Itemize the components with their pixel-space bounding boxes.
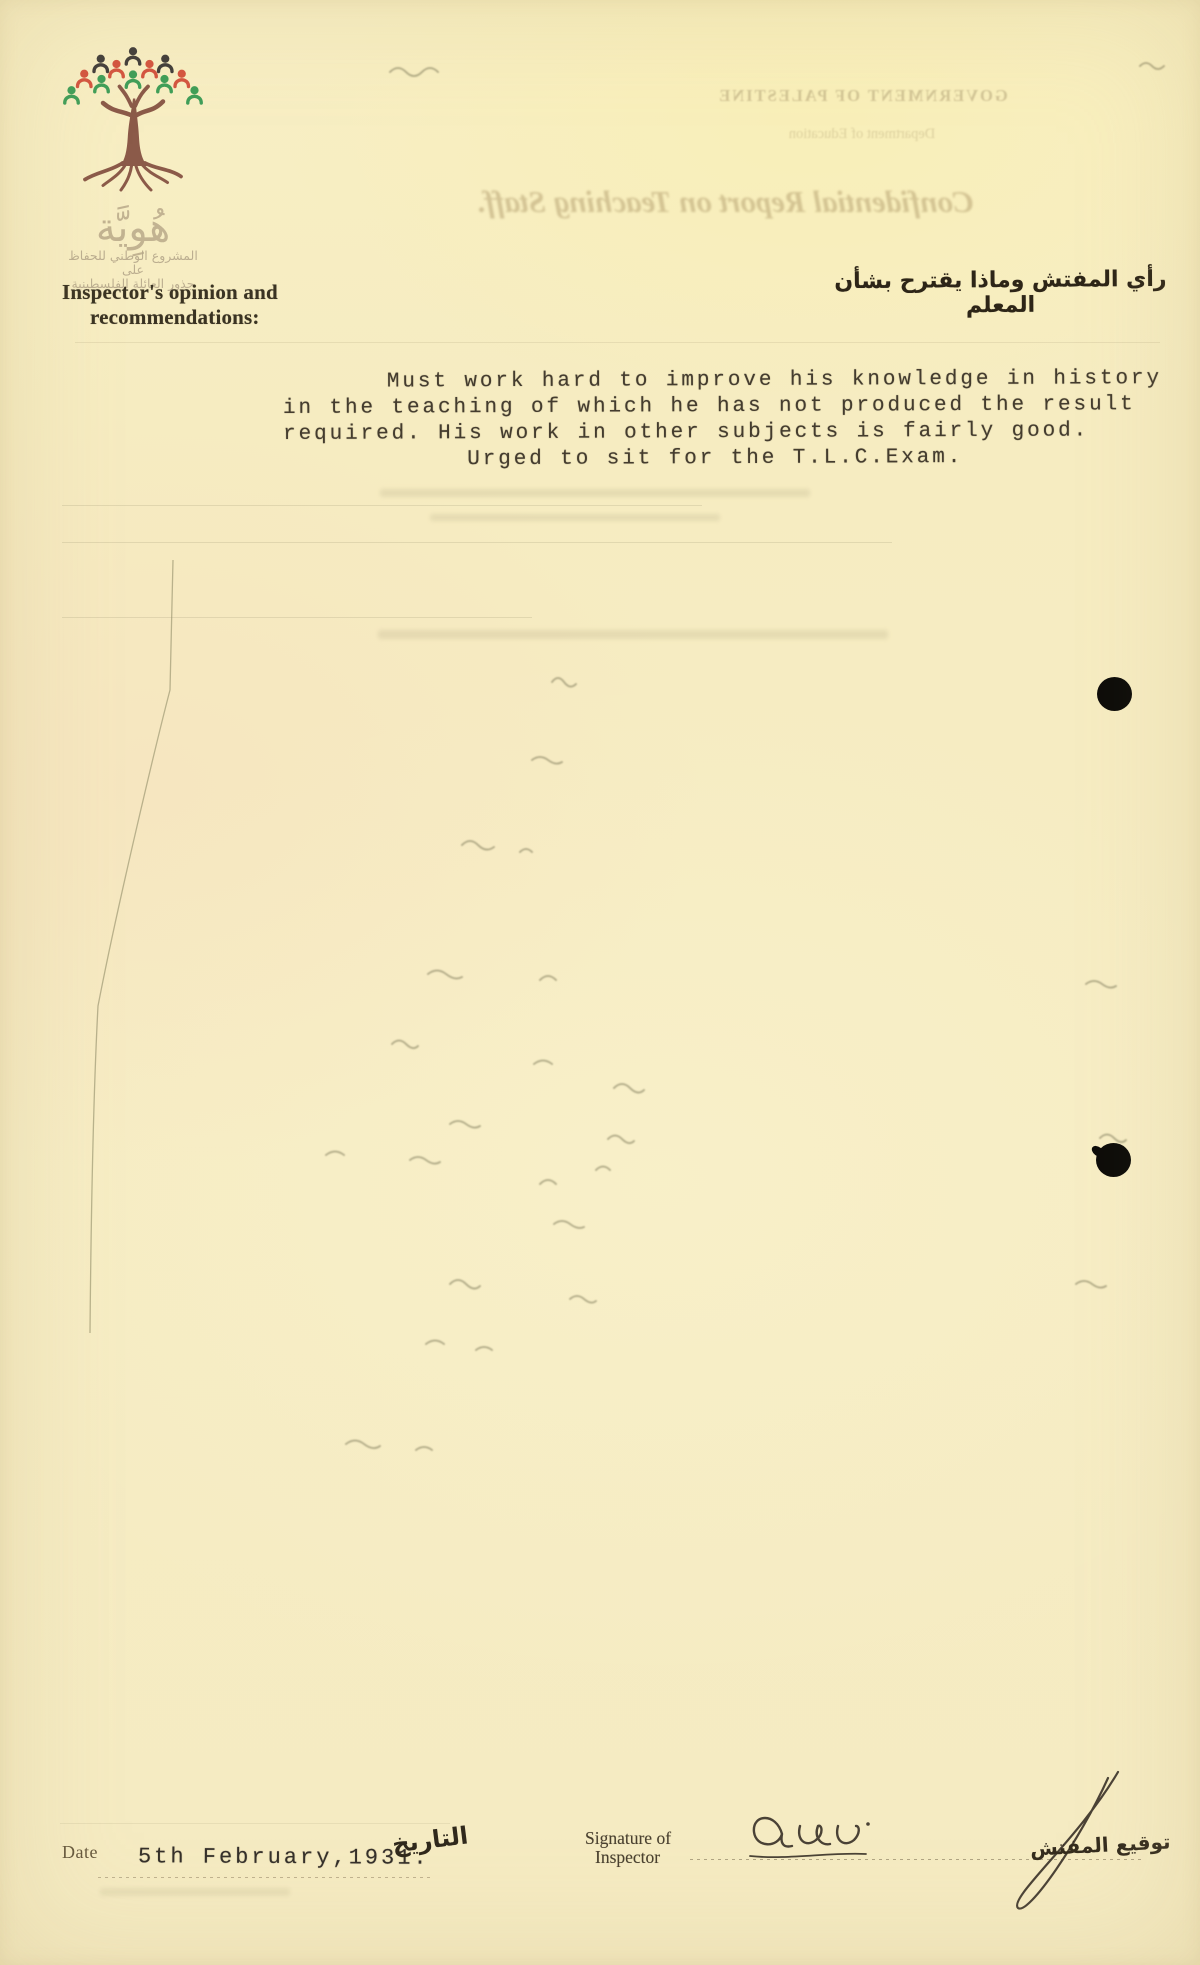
date-line (98, 1877, 433, 1878)
logo-wordmark: هُوِيَّة (58, 207, 208, 249)
date-value: 5th February,1931. (138, 1844, 430, 1871)
faint-rule (62, 542, 892, 543)
ink-smear (378, 630, 888, 639)
typed-remarks-line2: in the teaching of which he has not prod… (283, 392, 1183, 422)
bleedthrough-form-title: Confidential Report on Teaching Staff. (450, 184, 1000, 220)
inspector-opinion-heading: Inspector's opinion and recommendations: (62, 280, 312, 330)
paper-crease-line (90, 560, 173, 1333)
inspector-opinion-heading-arabic: رأي المفتش وماذا يقترح بشأن المعلم (828, 267, 1173, 319)
faint-rule (75, 342, 1160, 343)
typed-remarks-line3: required. His work in other subjects is … (283, 418, 1183, 448)
bleedthrough-department-line: Department of Education (712, 126, 1012, 143)
punch-hole-dot (1096, 1143, 1131, 1177)
scanned-report-page: GOVERNMENT OF PALESTINE Department of Ed… (0, 0, 1200, 1965)
signature-label-line1: Signature of (585, 1829, 671, 1848)
archive-logo: هُوِيَّة المشروع الوطني للحفاظ على جذور … (58, 46, 208, 291)
inspector-opinion-heading-line2: recommendations: (62, 305, 312, 330)
people-tree-logo-icon (58, 46, 208, 208)
faint-rule (62, 617, 532, 618)
typed-remarks-line4: Urged to sit for the T.L.C.Exam. (283, 444, 1183, 474)
punch-hole-dot (1097, 677, 1132, 711)
signature-line (690, 1859, 1145, 1860)
signature-label-arabic: توقيع المفتش (1029, 1829, 1171, 1860)
signature-label-line2: Inspector (585, 1848, 671, 1867)
signature-label: Signature of Inspector (585, 1829, 671, 1867)
bleedthrough-government-line: GOVERNMENT OF PALESTINE (690, 86, 1035, 106)
date-label-arabic: التاريخ (391, 1821, 470, 1858)
logo-subtitle-line1: المشروع الوطني للحفاظ على (58, 249, 208, 277)
ink-smear (380, 489, 810, 497)
typed-remarks: Must work hard to improve his knowledge … (283, 366, 1183, 474)
faint-rule (60, 1823, 450, 1824)
faint-rule (62, 505, 702, 506)
inspector-opinion-heading-line1: Inspector's opinion and (62, 280, 312, 305)
ink-smear (100, 1888, 290, 1896)
inspector-signature (750, 1818, 870, 1857)
ink-smear (430, 514, 720, 521)
date-label: Date (62, 1842, 98, 1863)
typed-remarks-line1: Must work hard to improve his knowledge … (283, 366, 1183, 396)
